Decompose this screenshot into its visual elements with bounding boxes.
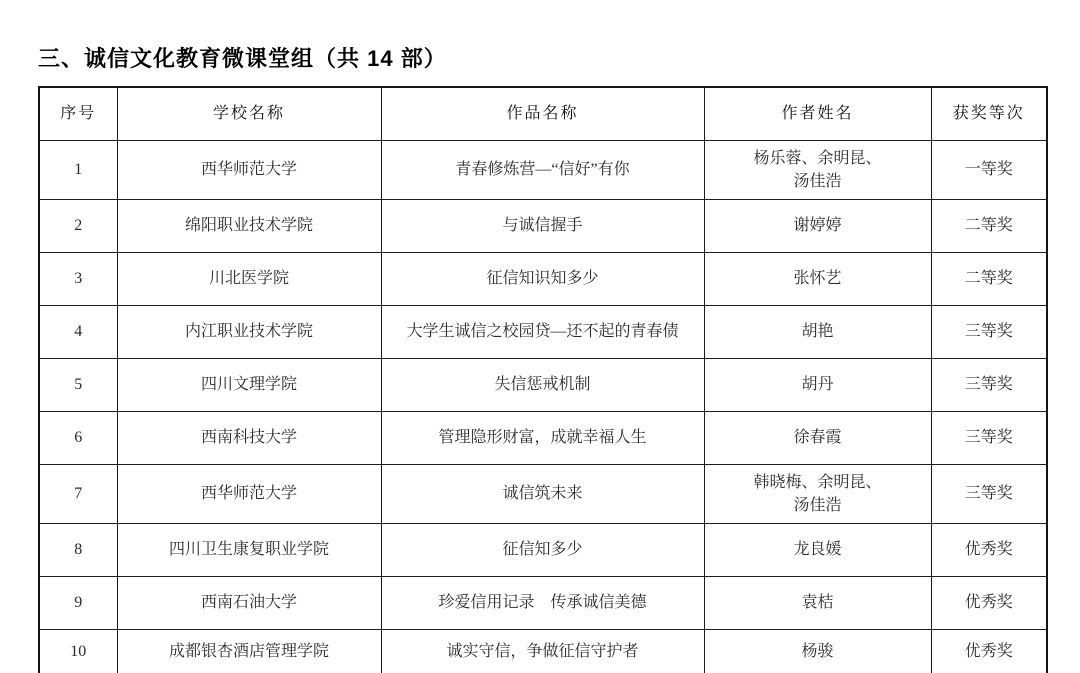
awards-table: 序号 学校名称 作品名称 作者姓名 获奖等次 1 西华师范大学 青春修炼营—“信… [38, 86, 1048, 673]
cell-school: 西南石油大学 [117, 577, 381, 630]
cell-award: 三等奖 [931, 359, 1047, 412]
cell-no: 3 [39, 253, 117, 306]
cell-work: 诚实守信，争做征信守护者 [381, 630, 704, 673]
cell-authors: 谢婷婷 [704, 200, 931, 253]
cell-school: 绵阳职业技术学院 [117, 200, 381, 253]
header-no: 序号 [39, 87, 117, 141]
table-row: 4 内江职业技术学院 大学生诚信之校园贷—还不起的青春债 胡艳 三等奖 [39, 306, 1047, 359]
cell-award: 一等奖 [931, 141, 1047, 200]
cell-school: 成都银杏酒店管理学院 [117, 630, 381, 673]
cell-authors: 袁桔 [704, 577, 931, 630]
cell-school: 内江职业技术学院 [117, 306, 381, 359]
cell-no: 10 [39, 630, 117, 673]
table-row: 7 西华师范大学 诚信筑未来 韩晓梅、余明昆、 汤佳浩 三等奖 [39, 465, 1047, 524]
cell-school: 川北医学院 [117, 253, 381, 306]
cell-award: 三等奖 [931, 306, 1047, 359]
cell-award: 三等奖 [931, 465, 1047, 524]
cell-no: 7 [39, 465, 117, 524]
table-row: 1 西华师范大学 青春修炼营—“信好”有你 杨乐蓉、余明昆、 汤佳浩 一等奖 [39, 141, 1047, 200]
header-work: 作品名称 [381, 87, 704, 141]
table-row: 9 西南石油大学 珍爱信用记录 传承诚信美德 袁桔 优秀奖 [39, 577, 1047, 630]
header-award: 获奖等次 [931, 87, 1047, 141]
cell-work: 珍爱信用记录 传承诚信美德 [381, 577, 704, 630]
table-row: 10 成都银杏酒店管理学院 诚实守信，争做征信守护者 杨骏 优秀奖 [39, 630, 1047, 673]
cell-school: 西华师范大学 [117, 141, 381, 200]
cell-authors: 胡丹 [704, 359, 931, 412]
cell-school: 四川文理学院 [117, 359, 381, 412]
section-title: 三、诚信文化教育微课堂组（共 14 部） [38, 42, 1044, 73]
cell-authors: 韩晓梅、余明昆、 汤佳浩 [704, 465, 931, 524]
header-school: 学校名称 [117, 87, 381, 141]
cell-no: 4 [39, 306, 117, 359]
table-row: 3 川北医学院 征信知识知多少 张怀艺 二等奖 [39, 253, 1047, 306]
cell-no: 8 [39, 524, 117, 577]
cell-authors: 杨乐蓉、余明昆、 汤佳浩 [704, 141, 931, 200]
cell-work: 青春修炼营—“信好”有你 [381, 141, 704, 200]
table-row: 6 西南科技大学 管理隐形财富，成就幸福人生 徐春霞 三等奖 [39, 412, 1047, 465]
cell-authors: 张怀艺 [704, 253, 931, 306]
table-row: 8 四川卫生康复职业学院 征信知多少 龙良媛 优秀奖 [39, 524, 1047, 577]
cell-school: 西南科技大学 [117, 412, 381, 465]
cell-school: 四川卫生康复职业学院 [117, 524, 381, 577]
table-row: 2 绵阳职业技术学院 与诚信握手 谢婷婷 二等奖 [39, 200, 1047, 253]
cell-authors: 胡艳 [704, 306, 931, 359]
cell-authors: 徐春霞 [704, 412, 931, 465]
cell-authors: 杨骏 [704, 630, 931, 673]
cell-work: 与诚信握手 [381, 200, 704, 253]
cell-school: 西华师范大学 [117, 465, 381, 524]
cell-work: 失信惩戒机制 [381, 359, 704, 412]
cell-no: 6 [39, 412, 117, 465]
table-row: 5 四川文理学院 失信惩戒机制 胡丹 三等奖 [39, 359, 1047, 412]
header-authors: 作者姓名 [704, 87, 931, 141]
cell-award: 优秀奖 [931, 630, 1047, 673]
cell-no: 5 [39, 359, 117, 412]
cell-work: 征信知识知多少 [381, 253, 704, 306]
cell-work: 大学生诚信之校园贷—还不起的青春债 [381, 306, 704, 359]
cell-award: 二等奖 [931, 253, 1047, 306]
cell-work: 管理隐形财富，成就幸福人生 [381, 412, 704, 465]
cell-no: 1 [39, 141, 117, 200]
cell-authors: 龙良媛 [704, 524, 931, 577]
document-page: 三、诚信文化教育微课堂组（共 14 部） 序号 学校名称 作品名称 作者姓名 获… [0, 0, 1080, 673]
cell-award: 二等奖 [931, 200, 1047, 253]
table-header-row: 序号 学校名称 作品名称 作者姓名 获奖等次 [39, 87, 1047, 141]
cell-no: 9 [39, 577, 117, 630]
cell-work: 征信知多少 [381, 524, 704, 577]
cell-work: 诚信筑未来 [381, 465, 704, 524]
cell-no: 2 [39, 200, 117, 253]
cell-award: 优秀奖 [931, 577, 1047, 630]
cell-award: 优秀奖 [931, 524, 1047, 577]
cell-award: 三等奖 [931, 412, 1047, 465]
